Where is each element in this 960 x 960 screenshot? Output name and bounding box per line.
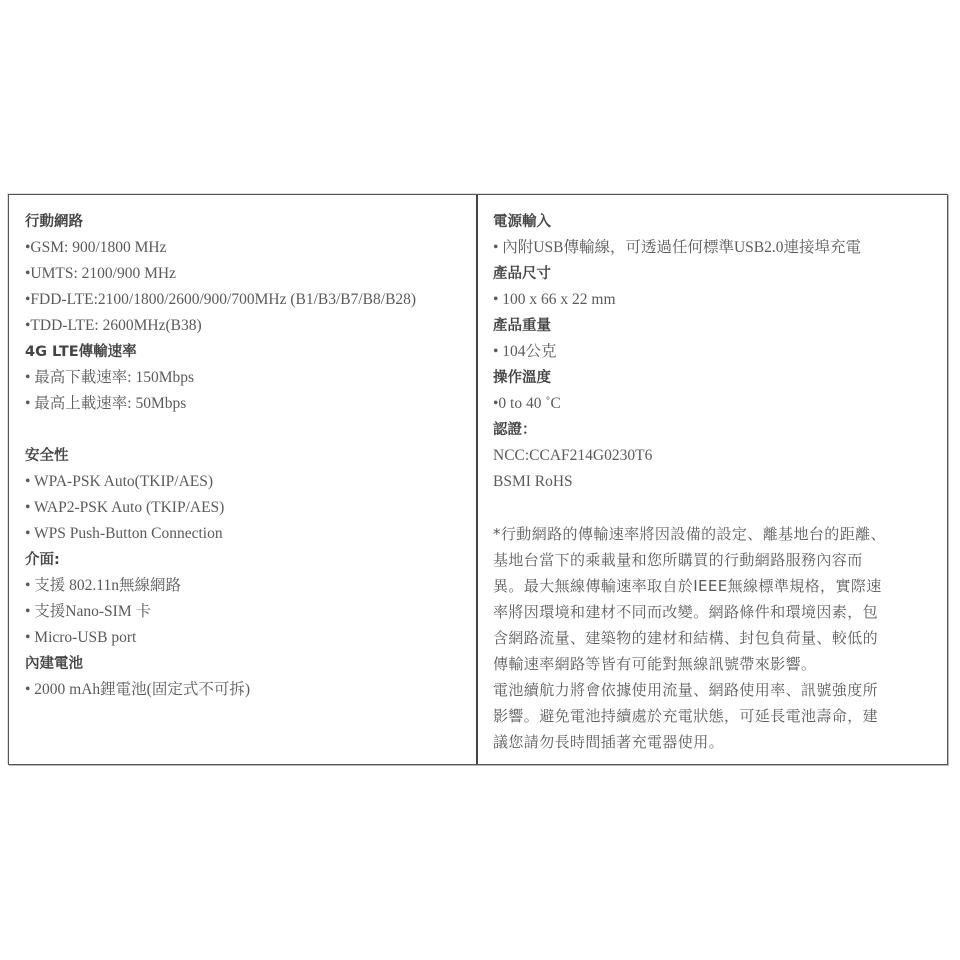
spec-item: • WAP2-PSK Auto (TKIP/AES)	[25, 495, 476, 521]
section-heading-mobile-network: 行動網路	[25, 209, 476, 235]
spec-item: •0 to 40 ˚C	[493, 391, 935, 417]
note-line: 傳輸速率網路等皆有可能對無線訊號帶來影響。	[493, 651, 935, 677]
spec-item: • Micro-USB port	[25, 625, 476, 651]
note-line: 異。最大無線傳輸速率取自於IEEE無線標準規格，實際速	[493, 573, 935, 599]
note-line: 基地台當下的乘載量和您所購買的行動網路服務內容而	[493, 547, 935, 573]
spec-item: • 支援Nano-SIM 卡	[25, 599, 476, 625]
section-heading-weight: 產品重量	[493, 313, 935, 339]
spec-item: • 內附USB傳輸線，可透過任何標準USB2.0連接埠充電	[493, 235, 935, 261]
spec-item: • 104公克	[493, 339, 935, 365]
spec-table: 行動網路 •GSM: 900/1800 MHz •UMTS: 2100/900 …	[8, 194, 948, 765]
spec-item: • 100 x 66 x 22 mm	[493, 287, 935, 313]
section-heading-certification: 認證：	[493, 417, 935, 443]
spec-column-left: 行動網路 •GSM: 900/1800 MHz •UMTS: 2100/900 …	[9, 195, 478, 764]
note-line: 率將因環境和建材不同而改變。網路條件和環境因素，包	[493, 599, 935, 625]
section-heading-interface: 介面:	[25, 547, 476, 573]
spec-item: •TDD-LTE: 2600MHz(B38)	[25, 313, 476, 339]
spec-item: NCC:CCAF214G0230T6	[493, 443, 935, 469]
note-line: 電池續航力將會依據使用流量、網路使用率、訊號強度所	[493, 677, 935, 703]
note-line: *行動網路的傳輸速率將因設備的設定、離基地台的距離、	[493, 521, 935, 547]
note-line: 議您請勿長時間插著充電器使用。	[493, 729, 935, 755]
note-line: 影響。避免電池持續處於充電狀態，可延長電池壽命，建	[493, 703, 935, 729]
spec-item: BSMI RoHS	[493, 469, 935, 495]
spec-item: • 最高上載速率: 50Mbps	[25, 391, 476, 417]
section-heading-security: 安全性	[25, 443, 476, 469]
spec-item: •FDD-LTE:2100/1800/2600/900/700MHz (B1/B…	[25, 287, 476, 313]
spec-item: • WPS Push-Button Connection	[25, 521, 476, 547]
spec-item: • WPA-PSK Auto(TKIP/AES)	[25, 469, 476, 495]
section-heading-lte-speed: 4G LTE傳輸速率	[25, 339, 476, 365]
spec-item: •GSM: 900/1800 MHz	[25, 235, 476, 261]
section-heading-dimensions: 產品尺寸	[493, 261, 935, 287]
spec-item: • 支援 802.11n無線網路	[25, 573, 476, 599]
spec-item: • 2000 mAh鋰電池(固定式不可拆)	[25, 677, 476, 703]
section-heading-battery: 內建電池	[25, 651, 476, 677]
spec-column-right: 電源輸入 • 內附USB傳輸線，可透過任何標準USB2.0連接埠充電 產品尺寸 …	[478, 195, 947, 764]
disclaimer-note: *行動網路的傳輸速率將因設備的設定、離基地台的距離、 基地台當下的乘載量和您所購…	[493, 521, 935, 755]
spec-item: • 最高下載速率: 150Mbps	[25, 365, 476, 391]
section-heading-operating-temp: 操作溫度	[493, 365, 935, 391]
spacer	[25, 417, 476, 443]
spec-item: •UMTS: 2100/900 MHz	[25, 261, 476, 287]
note-line: 含網路流量、建築物的建材和結構、封包負荷量、較低的	[493, 625, 935, 651]
spacer	[493, 495, 935, 521]
section-heading-power-input: 電源輸入	[493, 209, 935, 235]
